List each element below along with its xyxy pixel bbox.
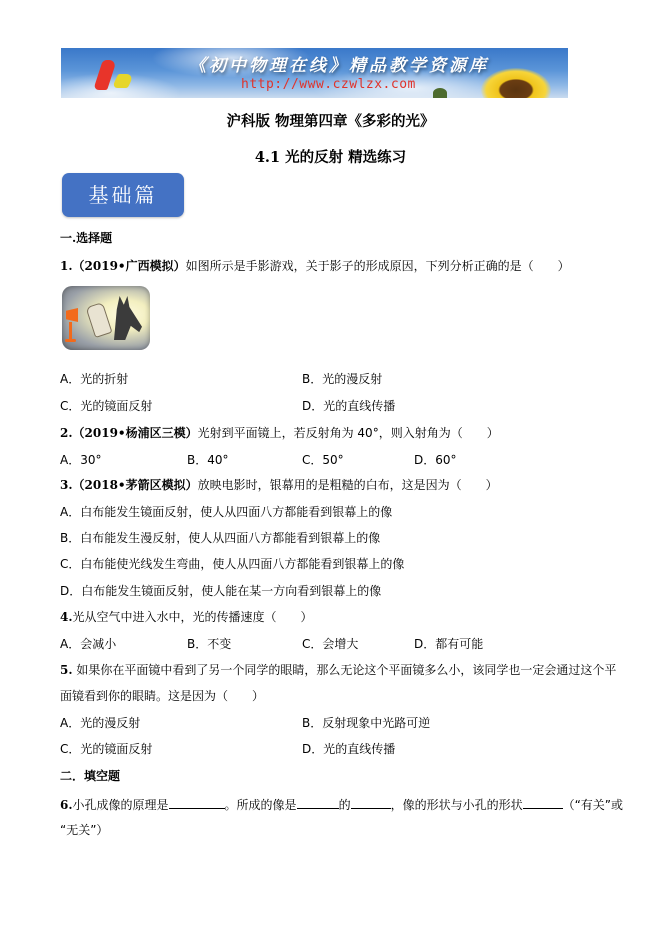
answer-blank-2[interactable] xyxy=(297,796,339,809)
lamp-icon xyxy=(66,308,78,322)
question-4: 4.光从空气中进入水中，光的传播速度（ ） xyxy=(60,609,313,625)
option-key: D． xyxy=(60,584,81,598)
option-a[interactable]: A．光的折射 xyxy=(60,371,128,387)
option-key: D． xyxy=(302,399,323,413)
hand-icon xyxy=(85,302,112,338)
option-text: 40° xyxy=(207,453,228,467)
question-number: 3. xyxy=(60,478,73,492)
question-3: 3.（2018•茅箭区模拟）放映电影时，银幕用的是粗糙的白布，这是因为（ ） xyxy=(60,477,498,493)
option-key: A． xyxy=(60,372,80,386)
question-text: 小孔成像的原理是 xyxy=(73,798,169,812)
lamp-stand xyxy=(69,322,72,340)
question-6-continued: “无关”） xyxy=(60,822,108,838)
option-key: A． xyxy=(60,453,80,467)
option-d[interactable]: D．光的直线传播 xyxy=(302,398,395,414)
option-key: C． xyxy=(302,453,322,467)
answer-blank-3[interactable] xyxy=(351,796,391,809)
option-key: D． xyxy=(414,453,435,467)
option-key: A． xyxy=(60,637,80,651)
option-a[interactable]: A．白布能发生镜面反射，使人从四面八方都能看到银幕上的像 xyxy=(60,504,392,520)
option-key: B． xyxy=(302,716,322,730)
option-c[interactable]: C．光的镜面反射 xyxy=(60,741,152,757)
option-text: 60° xyxy=(435,453,456,467)
answer-blank-4[interactable] xyxy=(523,796,563,809)
question-number: 6. xyxy=(60,798,73,812)
option-text: 50° xyxy=(322,453,343,467)
option-key: B． xyxy=(187,453,207,467)
document-title: 沪科版 物理第四章《多彩的光》 xyxy=(0,110,661,131)
question-stem-line1: 如果你在平面镜中看到了另一个同学的眼睛，那么无论这个平面镜多么小，该同学也一定会… xyxy=(73,663,617,677)
question-5-continued: 面镜看到你的眼睛。这是因为（ ） xyxy=(60,688,264,704)
question-text: “无关”） xyxy=(60,823,108,837)
question-number: 1. xyxy=(60,259,73,273)
option-text: 会减小 xyxy=(80,637,116,651)
option-key: A． xyxy=(60,505,80,519)
question-source: （2018•茅箭区模拟） xyxy=(73,478,198,492)
question-stem: 放映电影时，银幕用的是粗糙的白布，这是因为（ ） xyxy=(198,478,498,492)
question-text: （“有关”或 xyxy=(563,798,623,812)
option-c[interactable]: C．50° xyxy=(302,452,344,468)
option-text: 白布能发生镜面反射，使人能在某一方向看到银幕上的像 xyxy=(81,584,381,598)
option-key: C． xyxy=(60,557,80,571)
option-text: 反射现象中光路可逆 xyxy=(322,716,430,730)
option-text: 不变 xyxy=(207,637,231,651)
option-key: C． xyxy=(60,399,80,413)
hand-shadow-game-image xyxy=(62,286,150,350)
question-stem: 如图所示是手影游戏，关于影子的形成原因，下列分析正确的是（ ） xyxy=(186,259,570,273)
option-d[interactable]: D．白布能发生镜面反射，使人能在某一方向看到银幕上的像 xyxy=(60,583,381,599)
option-key: B． xyxy=(60,531,80,545)
option-c[interactable]: C．会增大 xyxy=(302,636,358,652)
header-banner: 《初中物理在线》精品教学资源库 http://www.czwlzx.com xyxy=(61,48,568,98)
option-text: 白布能发生镜面反射，使人从四面八方都能看到银幕上的像 xyxy=(80,505,392,519)
option-text: 光的镜面反射 xyxy=(80,742,152,756)
option-text: 30° xyxy=(80,453,101,467)
question-number: 4. xyxy=(60,610,73,624)
question-text: 。所成的像是 xyxy=(225,798,297,812)
lamp-base xyxy=(65,339,76,342)
option-text: 光的漫反射 xyxy=(80,716,140,730)
option-text: 光的直线传播 xyxy=(323,742,395,756)
option-text: 白布能发生漫反射，使人从四面八方都能看到银幕上的像 xyxy=(80,531,380,545)
option-a[interactable]: A．光的漫反射 xyxy=(60,715,140,731)
option-b[interactable]: B．光的漫反射 xyxy=(302,371,382,387)
question-stem: 光射到平面镜上，若反射角为 40°，则入射角为（ ） xyxy=(198,426,499,440)
question-number: 2. xyxy=(60,426,73,440)
animal-shadow-icon xyxy=(114,296,142,340)
question-5: 5. 如果你在平面镜中看到了另一个同学的眼睛，那么无论这个平面镜多么小，该同学也… xyxy=(60,662,616,678)
option-b[interactable]: B．白布能发生漫反射，使人从四面八方都能看到银幕上的像 xyxy=(60,530,380,546)
question-2: 2.（2019•杨浦区三模）光射到平面镜上，若反射角为 40°，则入射角为（ ） xyxy=(60,425,499,441)
option-d[interactable]: D．都有可能 xyxy=(414,636,483,652)
option-text: 光的折射 xyxy=(80,372,128,386)
option-key: C． xyxy=(302,637,322,651)
document-subtitle: 4.1 光的反射 精选练习 xyxy=(0,146,661,167)
option-a[interactable]: A．会减小 xyxy=(60,636,116,652)
level-badge: 基础篇 xyxy=(62,173,184,217)
option-text: 都有可能 xyxy=(435,637,483,651)
banner-title: 《初中物理在线》精品教学资源库 xyxy=(189,51,489,76)
option-c[interactable]: C．光的镜面反射 xyxy=(60,398,152,414)
option-key: A． xyxy=(60,716,80,730)
option-text: 会增大 xyxy=(322,637,358,651)
question-text: 的 xyxy=(339,798,351,812)
question-source: （2019•杨浦区三模） xyxy=(73,426,198,440)
option-text: 光的漫反射 xyxy=(322,372,382,386)
option-d[interactable]: D．光的直线传播 xyxy=(302,741,395,757)
banner-url: http://www.czwlzx.com xyxy=(241,77,416,92)
question-source: （2019•广西模拟） xyxy=(73,259,186,273)
option-a[interactable]: A．30° xyxy=(60,452,102,468)
question-6: 6.小孔成像的原理是。所成的像是的，像的形状与小孔的形状（“有关”或 xyxy=(60,796,623,813)
option-key: B． xyxy=(302,372,322,386)
option-text: 光的镜面反射 xyxy=(80,399,152,413)
sunflower-leaf-icon xyxy=(433,88,447,98)
question-stem-line2: 面镜看到你的眼睛。这是因为（ ） xyxy=(60,689,264,703)
option-b[interactable]: B．反射现象中光路可逆 xyxy=(302,715,430,731)
option-key: D． xyxy=(302,742,323,756)
option-d[interactable]: D．60° xyxy=(414,452,457,468)
question-1: 1.（2019•广西模拟）如图所示是手影游戏，关于影子的形成原因，下列分析正确的… xyxy=(60,258,570,274)
option-text: 白布能使光线发生弯曲，使人从四面八方都能看到银幕上的像 xyxy=(80,557,404,571)
section-heading-fill: 二．填空题 xyxy=(60,768,120,784)
question-stem: 光从空气中进入水中，光的传播速度（ ） xyxy=(73,610,313,624)
option-key: C． xyxy=(60,742,80,756)
option-b[interactable]: B．40° xyxy=(187,452,229,468)
option-c[interactable]: C．白布能使光线发生弯曲，使人从四面八方都能看到银幕上的像 xyxy=(60,556,404,572)
sunflower-icon xyxy=(481,68,551,98)
option-text: 光的直线传播 xyxy=(323,399,395,413)
section-heading-choice: 一.选择题 xyxy=(60,230,112,246)
question-text: ，像的形状与小孔的形状 xyxy=(391,798,523,812)
option-key: D． xyxy=(414,637,435,651)
answer-blank-1[interactable] xyxy=(169,796,225,809)
question-number: 5. xyxy=(60,663,73,677)
option-key: B． xyxy=(187,637,207,651)
option-b[interactable]: B．不变 xyxy=(187,636,231,652)
